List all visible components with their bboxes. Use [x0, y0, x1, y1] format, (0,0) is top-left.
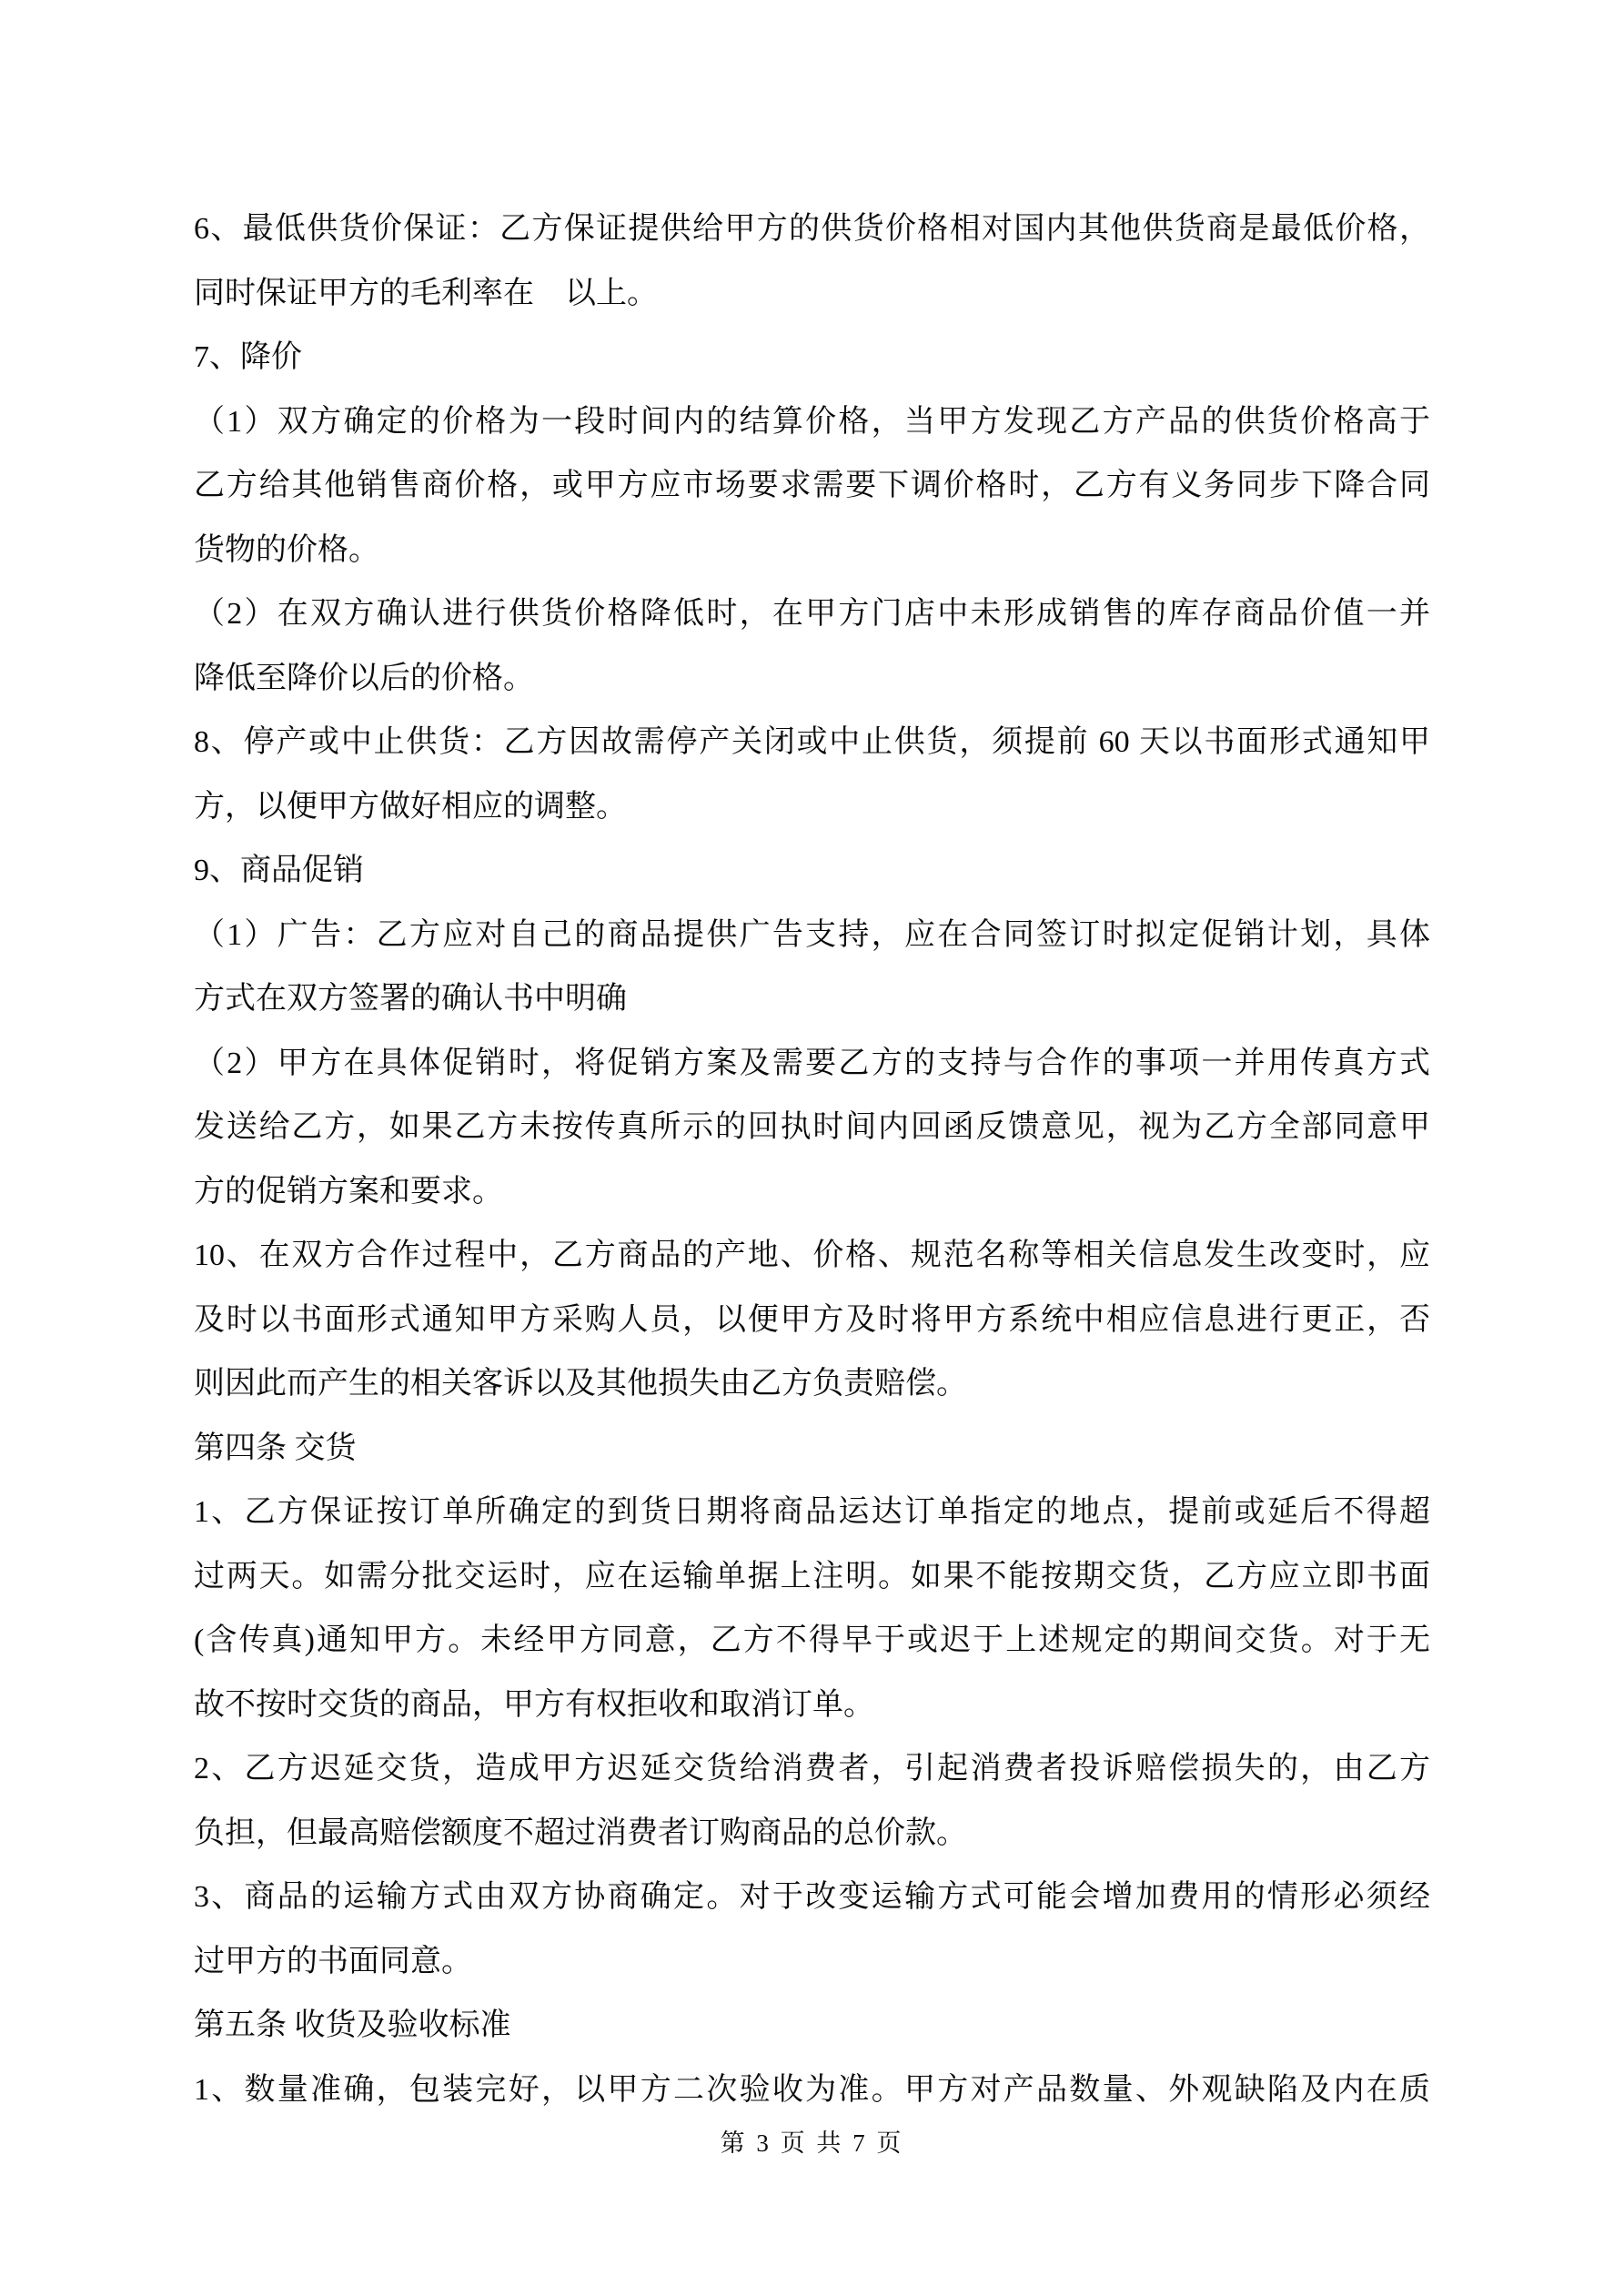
text-line: 方式在双方签署的确认书中明确 — [194, 967, 1430, 1032]
text-line: 降低至降价以后的价格。 — [194, 647, 1430, 712]
text-line: （2）甲方在具体促销时，将促销方案及需要乙方的支持与合作的事项一并用传真方式 — [194, 1032, 1430, 1097]
text-line: （2）在双方确认进行供货价格降低时，在甲方门店中未形成销售的库存商品价值一并 — [194, 582, 1430, 647]
text-line: （1）广告：乙方应对自己的商品提供广告支持，应在合同签订时拟定促销计划，具体 — [194, 904, 1430, 968]
text-line: 过两天。如需分批交运时，应在运输单据上注明。如果不能按期交货，乙方应立即书面 — [194, 1545, 1430, 1610]
text-line: 9、商品促销 — [194, 839, 1430, 904]
text-line: 第四条 交货 — [194, 1417, 1430, 1482]
text-line: 10、在双方合作过程中，乙方商品的产地、价格、规范名称等相关信息发生改变时，应 — [194, 1224, 1430, 1289]
document-page: 6、最低供货价保证：乙方保证提供给甲方的供货价格相对国内其他供货商是最低价格，同… — [0, 0, 1624, 2296]
text-line: 负担，但最高赔偿额度不超过消费者订购商品的总价款。 — [194, 1802, 1430, 1866]
text-line: 第五条 收货及验收标准 — [194, 1994, 1430, 2058]
text-line: 同时保证甲方的毛利率在 以上。 — [194, 262, 1430, 327]
text-line: 方的促销方案和要求。 — [194, 1160, 1430, 1225]
text-line: 货物的价格。 — [194, 519, 1430, 583]
text-line: 则因此而产生的相关客诉以及其他损失由乙方负责赔偿。 — [194, 1352, 1430, 1417]
text-line: 故不按时交货的商品，甲方有权拒收和取消订单。 — [194, 1674, 1430, 1738]
text-line: 3、商品的运输方式由双方协商确定。对于改变运输方式可能会增加费用的情形必须经 — [194, 1866, 1430, 1930]
text-line: 2、乙方迟延交货，造成甲方迟延交货给消费者，引起消费者投诉赔偿损失的，由乙方 — [194, 1737, 1430, 1802]
text-line: （1）双方确定的价格为一段时间内的结算价格，当甲方发现乙方产品的供货价格高于 — [194, 390, 1430, 455]
text-line: 及时以书面形式通知甲方采购人员，以便甲方及时将甲方系统中相应信息进行更正，否 — [194, 1289, 1430, 1353]
text-line: 发送给乙方，如果乙方未按传真所示的回执时间内回函反馈意见，视为乙方全部同意甲 — [194, 1096, 1430, 1160]
text-line: 7、降价 — [194, 326, 1430, 390]
text-line: 过甲方的书面同意。 — [194, 1930, 1430, 1995]
text-line: 乙方给其他销售商价格，或甲方应市场要求需要下调价格时，乙方有义务同步下降合同 — [194, 454, 1430, 519]
text-line: 8、停产或中止供货：乙方因故需停产关闭或中止供货，须提前 60 天以书面形式通知… — [194, 711, 1430, 775]
text-line: 1、数量准确，包装完好，以甲方二次验收为准。甲方对产品数量、外观缺陷及内在质 — [194, 2058, 1430, 2123]
text-line: 1、乙方保证按订单所确定的到货日期将商品运达订单指定的地点，提前或延后不得超 — [194, 1481, 1430, 1545]
text-line: (含传真)通知甲方。未经甲方同意，乙方不得早于或迟于上述规定的期间交货。对于无 — [194, 1609, 1430, 1674]
text-line: 方，以便甲方做好相应的调整。 — [194, 775, 1430, 840]
page-number: 第 3 页 共 7 页 — [0, 2129, 1624, 2157]
text-line: 6、最低供货价保证：乙方保证提供给甲方的供货价格相对国内其他供货商是最低价格， — [194, 197, 1430, 262]
contract-body: 6、最低供货价保证：乙方保证提供给甲方的供货价格相对国内其他供货商是最低价格，同… — [194, 197, 1430, 2122]
